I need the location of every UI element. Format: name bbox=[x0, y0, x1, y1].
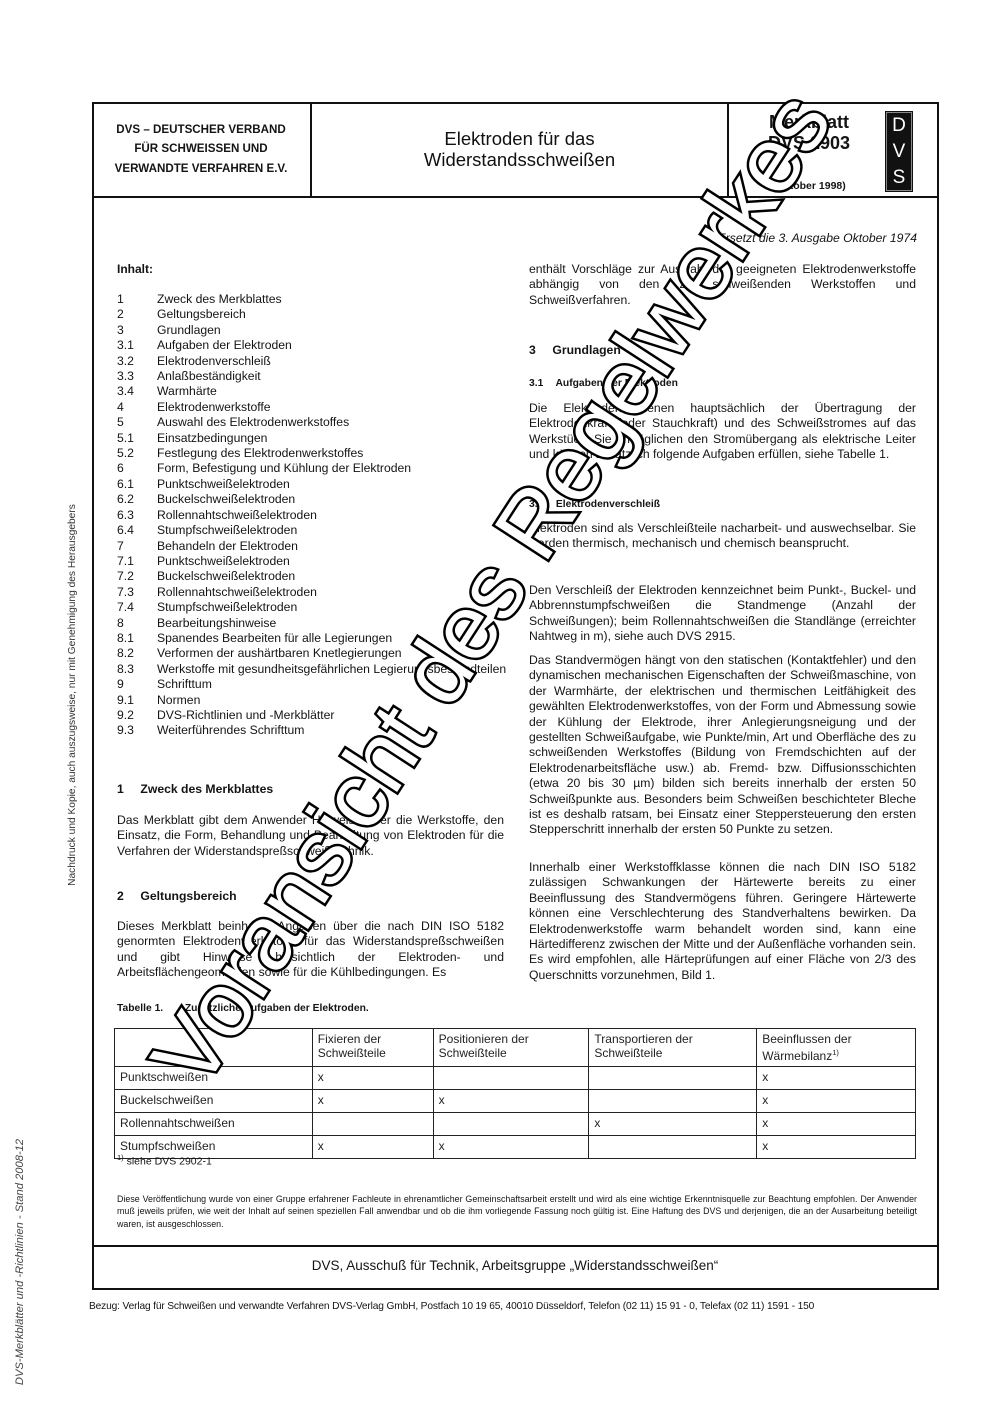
table-cell: x bbox=[589, 1113, 757, 1136]
toc-item-number: 3 bbox=[117, 323, 157, 338]
publisher-line: VERWANDTE VERFAHREN E.V. bbox=[115, 159, 288, 179]
toc-item-number: 7.2 bbox=[117, 569, 157, 584]
table-column-header: Transportieren der Schweißteile bbox=[589, 1029, 757, 1067]
table-of-contents: 1Zweck des Merkblattes2Geltungsbereich3G… bbox=[117, 292, 512, 739]
toc-item-label: Form, Befestigung und Kühlung der Elektr… bbox=[157, 461, 512, 476]
document-number: DVS 2903 bbox=[734, 133, 884, 154]
toc-item-label: Festlegung des Elektrodenwerkstoffes bbox=[157, 446, 512, 461]
toc-item: 4Elektrodenwerkstoffe bbox=[117, 400, 512, 415]
section-title: Grundlagen bbox=[552, 343, 620, 357]
table-cell: x bbox=[433, 1136, 589, 1159]
table-row: Stumpfschweißenxxx bbox=[115, 1136, 916, 1159]
subsection-number: 3.2 bbox=[529, 499, 553, 510]
toc-item: 6.4Stumpfschweißelektroden bbox=[117, 523, 512, 538]
toc-item: 7.1Punktschweißelektroden bbox=[117, 554, 512, 569]
toc-item-label: Buckelschweißelektroden bbox=[157, 569, 512, 584]
toc-item: 9.1Normen bbox=[117, 693, 512, 708]
document-type: Merkblatt bbox=[734, 112, 884, 133]
toc-item-label: Aufgaben der Elektroden bbox=[157, 338, 512, 353]
toc-item-number: 9 bbox=[117, 677, 157, 692]
footnote-mark: 1) bbox=[117, 1153, 124, 1162]
column-header-text: Positionieren der Schweißteile bbox=[439, 1032, 529, 1060]
toc-item-label: Spanendes Bearbeiten für alle Legierunge… bbox=[157, 631, 512, 646]
footnote-text: siehe DVS 2902-1 bbox=[127, 1156, 212, 1168]
toc-item: 6.2Buckelschweißelektroden bbox=[117, 492, 512, 507]
toc-item-number: 6 bbox=[117, 461, 157, 476]
section-paragraph: Das Merkblatt gibt dem Anwender Hinweise… bbox=[117, 813, 504, 859]
toc-item: 7.4Stumpfschweißelektroden bbox=[117, 600, 512, 615]
title-line: Elektroden für das bbox=[444, 128, 594, 149]
reprint-notice: Nachdruck und Kopie, auch auszugsweise, … bbox=[66, 480, 80, 910]
toc-item-label: Weiterführendes Schrifttum bbox=[157, 723, 512, 738]
publisher-name: DVS – DEUTSCHER VERBAND FÜR SCHWEISSEN U… bbox=[92, 102, 312, 196]
toc-item-label: Punktschweißelektroden bbox=[157, 477, 512, 492]
subsection-heading: 3.2 Elektrodenverschleiß bbox=[529, 499, 660, 510]
row-label: Buckelschweißen bbox=[115, 1090, 313, 1113]
toc-item-number: 7.1 bbox=[117, 554, 157, 569]
toc-item-label: Behandeln der Elektroden bbox=[157, 539, 512, 554]
toc-item-label: Grundlagen bbox=[157, 323, 512, 338]
table-number: Tabelle 1. bbox=[117, 1003, 182, 1014]
title-line: Widerstandsschweißen bbox=[424, 149, 615, 170]
toc-item: 8Bearbeitungshinweise bbox=[117, 616, 512, 631]
table-column-header: Fixieren der Schweißteile bbox=[312, 1029, 433, 1067]
toc-item: 1Zweck des Merkblattes bbox=[117, 292, 512, 307]
toc-title: Inhalt: bbox=[117, 262, 153, 276]
replaces-note: Ersetzt die 3. Ausgabe Oktober 1974 bbox=[540, 231, 917, 245]
dvs-logo-icon: D V S bbox=[886, 112, 912, 191]
toc-item-number: 7.3 bbox=[117, 585, 157, 600]
toc-item-label: Verformen der aushärtbaren Knetlegierung… bbox=[157, 646, 512, 661]
toc-item-number: 5.2 bbox=[117, 446, 157, 461]
section-paragraph: Das Standvermögen hängt von den statisch… bbox=[529, 653, 916, 838]
toc-item: 3.2Elektrodenverschleiß bbox=[117, 354, 512, 369]
disclaimer: Diese Veröffentlichung wurde von einer G… bbox=[117, 1193, 917, 1230]
publisher-contact: Bezug: Verlag für Schweißen und verwandt… bbox=[89, 1301, 949, 1312]
publisher-line: FÜR SCHWEISSEN UND bbox=[134, 139, 267, 159]
section-number: 2 bbox=[117, 889, 137, 903]
section-heading: 3 Grundlagen bbox=[529, 343, 621, 357]
footnote-mark: 1) bbox=[832, 1048, 839, 1057]
toc-item: 5Auswahl des Elektrodenwerkstoffes bbox=[117, 415, 512, 430]
toc-item-number: 6.3 bbox=[117, 508, 157, 523]
toc-item: 3.3Anlaßbeständigkeit bbox=[117, 369, 512, 384]
toc-item-number: 3.3 bbox=[117, 369, 157, 384]
toc-item: 7.2Buckelschweißelektroden bbox=[117, 569, 512, 584]
table-cell bbox=[312, 1113, 433, 1136]
table-caption-text: Zusätzliche Aufgaben der Elektroden. bbox=[185, 1003, 369, 1014]
section-heading: 2 Geltungsbereich bbox=[117, 889, 237, 903]
toc-item-number: 7 bbox=[117, 539, 157, 554]
toc-item-label: Buckelschweißelektroden bbox=[157, 492, 512, 507]
collection-stamp: DVS-Merkblätter und -Richtlinien - Stand… bbox=[13, 1112, 27, 1412]
table-row: Buckelschweißenxxx bbox=[115, 1090, 916, 1113]
logo-letter: S bbox=[893, 168, 906, 187]
toc-item: 3Grundlagen bbox=[117, 323, 512, 338]
toc-item-label: Elektrodenverschleiß bbox=[157, 354, 512, 369]
table-cell bbox=[589, 1090, 757, 1113]
toc-item: 9Schrifttum bbox=[117, 677, 512, 692]
toc-item: 8.1Spanendes Bearbeiten für alle Legieru… bbox=[117, 631, 512, 646]
toc-item-number: 5.1 bbox=[117, 431, 157, 446]
table-row: Rollennahtschweißenxx bbox=[115, 1113, 916, 1136]
toc-item-number: 5 bbox=[117, 415, 157, 430]
tasks-table: Fixieren der SchweißteilePositionieren d… bbox=[114, 1028, 916, 1159]
toc-item: 8.2Verformen der aushärtbaren Knetlegier… bbox=[117, 646, 512, 661]
toc-item: 6Form, Befestigung und Kühlung der Elekt… bbox=[117, 461, 512, 476]
toc-item-label: Stumpfschweißelektroden bbox=[157, 600, 512, 615]
document-id: Merkblatt DVS 2903 bbox=[734, 112, 884, 154]
toc-item-number: 3.1 bbox=[117, 338, 157, 353]
table-cell: x bbox=[312, 1136, 433, 1159]
toc-item-label: Zweck des Merkblattes bbox=[157, 292, 512, 307]
toc-item-number: 2 bbox=[117, 307, 157, 322]
toc-item-label: Anlaßbeständigkeit bbox=[157, 369, 512, 384]
section-number: 1 bbox=[117, 782, 137, 796]
table-cell: x bbox=[757, 1136, 916, 1159]
toc-item-number: 9.2 bbox=[117, 708, 157, 723]
toc-item: 7Behandeln der Elektroden bbox=[117, 539, 512, 554]
section-paragraph: Die Elektroden dienen hauptsächlich der … bbox=[529, 401, 916, 463]
toc-item: 9.3Weiterführendes Schrifttum bbox=[117, 723, 512, 738]
toc-item-number: 4 bbox=[117, 400, 157, 415]
publisher-line: DVS – DEUTSCHER VERBAND bbox=[116, 120, 285, 140]
section-number: 3 bbox=[529, 343, 549, 357]
section-paragraph: Den Verschleiß der Elektroden kennzeichn… bbox=[529, 583, 916, 645]
section-paragraph: enthält Vorschläge zur Auswahl der geeig… bbox=[529, 262, 916, 308]
column-header-text: Fixieren der Schweißteile bbox=[318, 1032, 386, 1060]
row-label: Punktschweißen bbox=[115, 1067, 313, 1090]
toc-item-label: DVS-Richtlinien und -Merkblätter bbox=[157, 708, 512, 723]
subsection-title: Aufgaben der Elektroden bbox=[555, 378, 677, 389]
subsection-number: 3.1 bbox=[529, 378, 553, 389]
toc-item-number: 6.2 bbox=[117, 492, 157, 507]
table-cell: x bbox=[757, 1067, 916, 1090]
toc-item-number: 8.1 bbox=[117, 631, 157, 646]
table-cell: x bbox=[757, 1090, 916, 1113]
toc-item-label: Rollennahtschweißelektroden bbox=[157, 508, 512, 523]
toc-item: 3.4Warmhärte bbox=[117, 384, 512, 399]
table-cell: x bbox=[757, 1113, 916, 1136]
toc-item-label: Bearbeitungshinweise bbox=[157, 616, 512, 631]
toc-item-label: Elektrodenwerkstoffe bbox=[157, 400, 512, 415]
section-paragraph: Innerhalb einer Werkstoffklasse können d… bbox=[529, 860, 916, 983]
toc-item: 6.3Rollennahtschweißelektroden bbox=[117, 508, 512, 523]
toc-item-number: 3.2 bbox=[117, 354, 157, 369]
row-label: Rollennahtschweißen bbox=[115, 1113, 313, 1136]
logo-letter: V bbox=[893, 142, 906, 161]
table-column-header bbox=[115, 1029, 313, 1067]
section-title: Zweck des Merkblattes bbox=[140, 782, 273, 796]
toc-item-label: Einsatzbedingungen bbox=[157, 431, 512, 446]
section-paragraph: Elektroden sind als Verschleißteile nach… bbox=[529, 521, 916, 552]
subsection-title: Elektrodenverschleiß bbox=[556, 499, 660, 510]
toc-item-label: Rollennahtschweißelektroden bbox=[157, 585, 512, 600]
table-cell bbox=[589, 1067, 757, 1090]
subsection-heading: 3.1 Aufgaben der Elektroden bbox=[529, 378, 678, 389]
footer-divider bbox=[92, 1245, 938, 1247]
toc-item-number: 1 bbox=[117, 292, 157, 307]
table-cell: x bbox=[433, 1090, 589, 1113]
toc-item-number: 8.2 bbox=[117, 646, 157, 661]
toc-item-label: Punktschweißelektroden bbox=[157, 554, 512, 569]
toc-item: 8.3Werkstoffe mit gesundheitsgefährliche… bbox=[117, 662, 512, 677]
table-footnote: 1) siehe DVS 2902-1 bbox=[117, 1153, 212, 1168]
toc-item: 2Geltungsbereich bbox=[117, 307, 512, 322]
section-heading: 1 Zweck des Merkblattes bbox=[117, 782, 273, 796]
toc-item-number: 8.3 bbox=[117, 662, 157, 677]
toc-item: 9.2DVS-Richtlinien und -Merkblätter bbox=[117, 708, 512, 723]
table-cell: x bbox=[312, 1090, 433, 1113]
table-cell bbox=[433, 1067, 589, 1090]
toc-item-number: 3.4 bbox=[117, 384, 157, 399]
header-divider bbox=[92, 196, 938, 198]
section-paragraph: Dieses Merkblatt beinhaltet Angaben über… bbox=[117, 919, 504, 981]
table-row: Punktschweißenxx bbox=[115, 1067, 916, 1090]
column-header-text: Transportieren der Schweißteile bbox=[594, 1032, 692, 1060]
toc-item-number: 8 bbox=[117, 616, 157, 631]
toc-item-number: 6.4 bbox=[117, 523, 157, 538]
toc-item-number: 7.4 bbox=[117, 600, 157, 615]
logo-letter: D bbox=[892, 116, 906, 135]
toc-item-label: Stumpfschweißelektroden bbox=[157, 523, 512, 538]
table-column-header: Positionieren der Schweißteile bbox=[433, 1029, 589, 1067]
toc-item: 5.2Festlegung des Elektrodenwerkstoffes bbox=[117, 446, 512, 461]
toc-item-number: 6.1 bbox=[117, 477, 157, 492]
table-caption: Tabelle 1. Zusätzliche Aufgaben der Elek… bbox=[117, 1003, 369, 1014]
toc-item: 6.1Punktschweißelektroden bbox=[117, 477, 512, 492]
toc-item: 7.3Rollennahtschweißelektroden bbox=[117, 585, 512, 600]
document-date: (Oktober 1998) bbox=[754, 180, 864, 192]
toc-item-label: Warmhärte bbox=[157, 384, 512, 399]
toc-item-label: Werkstoffe mit gesundheitsgefährlichen L… bbox=[157, 662, 512, 677]
table-header-row: Fixieren der SchweißteilePositionieren d… bbox=[115, 1029, 916, 1067]
document-title: Elektroden für das Widerstandsschweißen bbox=[312, 102, 729, 196]
toc-item-number: 9.1 bbox=[117, 693, 157, 708]
table-cell bbox=[589, 1136, 757, 1159]
toc-item-label: Geltungsbereich bbox=[157, 307, 512, 322]
toc-item-label: Schrifttum bbox=[157, 677, 512, 692]
table-cell bbox=[433, 1113, 589, 1136]
section-title: Geltungsbereich bbox=[140, 889, 236, 903]
toc-item-label: Auswahl des Elektrodenwerkstoffes bbox=[157, 415, 512, 430]
table-cell: x bbox=[312, 1067, 433, 1090]
toc-item-number: 9.3 bbox=[117, 723, 157, 738]
toc-item: 5.1Einsatzbedingungen bbox=[117, 431, 512, 446]
committee-credit: DVS, Ausschuß für Technik, Arbeitsgruppe… bbox=[92, 1258, 938, 1273]
document-header: DVS – DEUTSCHER VERBAND FÜR SCHWEISSEN U… bbox=[92, 102, 940, 198]
toc-item: 3.1Aufgaben der Elektroden bbox=[117, 338, 512, 353]
toc-item-label: Normen bbox=[157, 693, 512, 708]
table-column-header: Beeinflussen der Wärmebilanz1) bbox=[757, 1029, 916, 1067]
